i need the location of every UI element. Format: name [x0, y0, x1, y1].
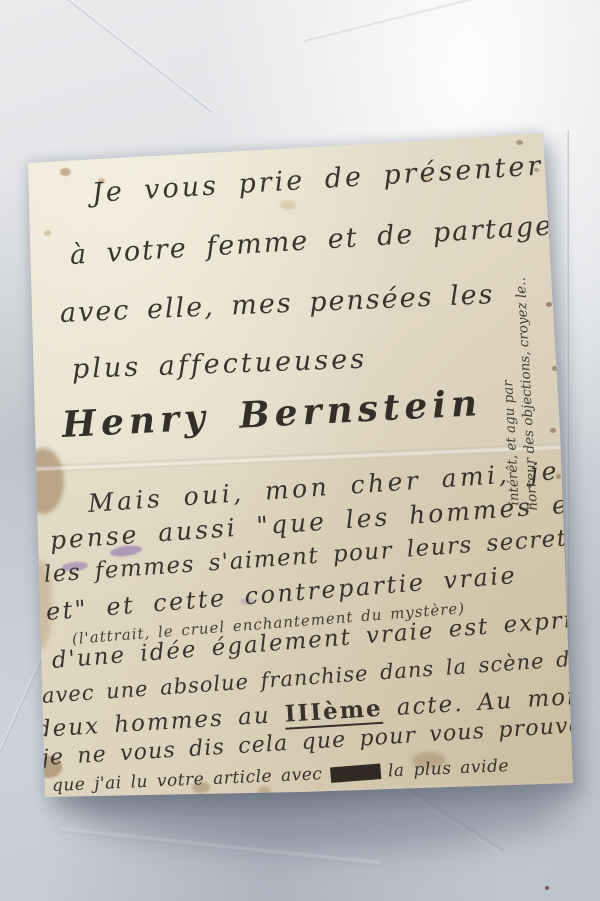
letter-paper-wrap: Je vous prie de présenter à votre femme …: [0, 0, 600, 901]
roman-numeral-underlined: IIIème: [284, 695, 383, 730]
photo-of-letter: { "photo": { "background_color": "#ccd2d…: [0, 0, 600, 901]
right-edge-speck: [546, 302, 552, 307]
top-edge-speck: [516, 140, 523, 145]
foxing-stain: [60, 168, 71, 176]
right-edge-speck: [552, 366, 557, 371]
handwriting-line: plus affectueuses: [71, 344, 367, 385]
foxing-stain: [280, 200, 296, 210]
handwriting-line: avec elle, mes pensées les: [59, 279, 495, 329]
right-edge-speck: [550, 428, 556, 433]
crossed-out-word-ink: ██████: [331, 765, 380, 784]
crossed-out-word: ██████: [330, 761, 379, 785]
handwriting-line: Je vous prie de présenter: [91, 150, 544, 209]
signature: Henry Bernstein: [61, 382, 483, 446]
foxing-stain: [44, 230, 51, 236]
letter-paper: Je vous prie de présenter à votre femme …: [0, 0, 600, 901]
